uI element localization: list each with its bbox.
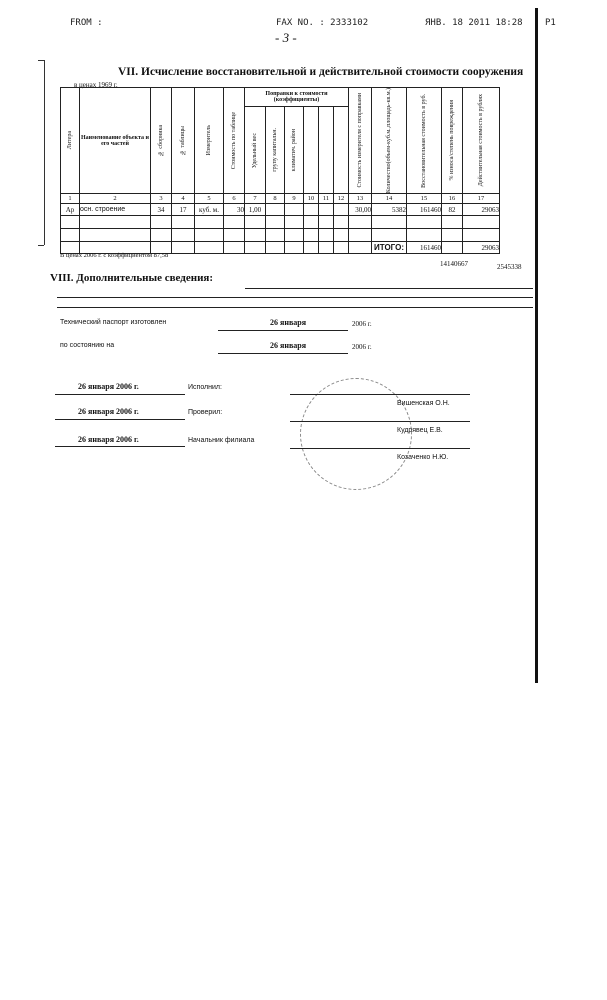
col-header: Восстановительная стоимость в руб. bbox=[421, 94, 427, 188]
col-header: Литера bbox=[67, 131, 73, 149]
passport-state-date: 26 января bbox=[270, 341, 306, 350]
col-number: 14 bbox=[372, 194, 407, 204]
total-c15: 161460 bbox=[407, 242, 442, 254]
col-number: 16 bbox=[442, 194, 463, 204]
col-number: 3 bbox=[151, 194, 172, 204]
col-header: Действительная стоимость в рублях bbox=[478, 94, 484, 186]
page-number: - 3 - bbox=[275, 30, 297, 46]
col-header: Измеритель bbox=[206, 125, 212, 155]
col-header: Количество(объем-куб.м.,площадь-кв.м.) bbox=[386, 88, 392, 193]
rule-line bbox=[55, 394, 185, 395]
col-header: Наименование объекта и его частей bbox=[80, 88, 151, 194]
fax-date: ЯНВ. 18 2011 18:28 bbox=[425, 18, 523, 28]
signature-name: Кудрявец Е.В. bbox=[397, 427, 443, 434]
total-c17: 29063 bbox=[463, 242, 500, 254]
rule-line bbox=[57, 297, 533, 298]
col-header-group: Поправки к стоимости (коэффициенты) bbox=[245, 88, 349, 107]
col-number: 4 bbox=[172, 194, 195, 204]
col-header: % износа/степень повреждения bbox=[449, 100, 455, 181]
col-number: 6 bbox=[224, 194, 245, 204]
rule-line bbox=[290, 448, 470, 449]
cell-izmeritel: куб. м. bbox=[195, 204, 224, 216]
coef-c15: 14140667 bbox=[440, 260, 468, 268]
fax-from: FROM : bbox=[70, 18, 103, 28]
fax-page: P1 bbox=[545, 18, 556, 28]
signature-date: 26 января 2006 г. bbox=[78, 407, 139, 416]
col-header: № таблицы bbox=[180, 126, 186, 155]
col-number: 13 bbox=[349, 194, 372, 204]
col-header: Стоимость измерителя с поправками bbox=[357, 93, 363, 187]
coef-c17: 2545338 bbox=[497, 263, 522, 271]
margin-mark bbox=[38, 245, 44, 246]
passport-state-year: 2006 г. bbox=[352, 343, 372, 351]
valuation-table: Литера Наименование объекта и его частей… bbox=[60, 87, 500, 254]
cell-c13: 30,00 bbox=[349, 204, 372, 216]
signature-role: Исполнил: bbox=[188, 384, 222, 391]
col-header: Удельный вес bbox=[252, 133, 258, 168]
col-number: 17 bbox=[463, 194, 500, 204]
rule-line bbox=[218, 330, 348, 331]
signature-date: 26 января 2006 г. bbox=[78, 382, 139, 391]
signature-name: Вишенская О.Н. bbox=[397, 400, 450, 407]
rule-line bbox=[245, 288, 533, 289]
passport-made-date: 26 января bbox=[270, 318, 306, 327]
cell-sbornik: 34 bbox=[151, 204, 172, 216]
cell-stoimost: 30 bbox=[224, 204, 245, 216]
signature-role: Начальник филиала bbox=[188, 437, 254, 444]
coef-note: В ценах 2006 г. с коэффициентом 87,58 bbox=[60, 252, 168, 259]
passport-made-label: Технический паспорт изготовлен bbox=[60, 319, 166, 326]
section7-title: VII. Исчисление восстановительной и дейс… bbox=[118, 66, 523, 78]
fax-edge-line bbox=[535, 8, 538, 683]
passport-state-label: по состоянию на bbox=[60, 342, 114, 349]
passport-made-year: 2006 г. bbox=[352, 320, 372, 328]
signature-role: Проверил: bbox=[188, 409, 222, 416]
fax-number: FAX NO. : 2333102 bbox=[276, 18, 368, 28]
rule-line bbox=[290, 394, 470, 395]
table-row: Ар осн. строение 34 17 куб. м. 30 1,00 3… bbox=[61, 204, 500, 216]
rule-line bbox=[55, 446, 185, 447]
rule-line bbox=[57, 307, 533, 308]
col-number: 15 bbox=[407, 194, 442, 204]
col-number: 7 bbox=[245, 194, 266, 204]
col-number: 2 bbox=[80, 194, 151, 204]
rule-line bbox=[55, 419, 185, 420]
col-header: № сборника bbox=[158, 125, 164, 156]
rule-line bbox=[218, 353, 348, 354]
cell-c14: 5382 bbox=[372, 204, 407, 216]
col-number: 12 bbox=[334, 194, 349, 204]
col-header: групу капитальн. bbox=[272, 128, 278, 172]
col-number: 8 bbox=[266, 194, 285, 204]
cell-c16: 82 bbox=[442, 204, 463, 216]
col-number: 11 bbox=[319, 194, 334, 204]
col-number: 9 bbox=[285, 194, 304, 204]
cell-name: осн. строение bbox=[80, 204, 151, 216]
rule-line bbox=[290, 421, 470, 422]
cell-c15: 161460 bbox=[407, 204, 442, 216]
col-number: 5 bbox=[195, 194, 224, 204]
col-number: 1 bbox=[61, 194, 80, 204]
cell-litera: Ар bbox=[61, 204, 80, 216]
signature-name: Козаченко Н.Ю. bbox=[397, 454, 448, 461]
signature-date: 26 января 2006 г. bbox=[78, 435, 139, 444]
col-header: климатич. район bbox=[291, 129, 297, 171]
left-margin-line bbox=[44, 60, 45, 245]
cell-tablica: 17 bbox=[172, 204, 195, 216]
total-label: ИТОГО: bbox=[372, 242, 407, 254]
col-header: Стоимость по таблице bbox=[231, 112, 237, 169]
section8-title: VIII. Дополнительные сведения: bbox=[50, 272, 213, 284]
cell-ud-ves: 1,00 bbox=[245, 204, 266, 216]
cell-c17: 29063 bbox=[463, 204, 500, 216]
margin-mark bbox=[38, 60, 44, 61]
col-number: 10 bbox=[304, 194, 319, 204]
